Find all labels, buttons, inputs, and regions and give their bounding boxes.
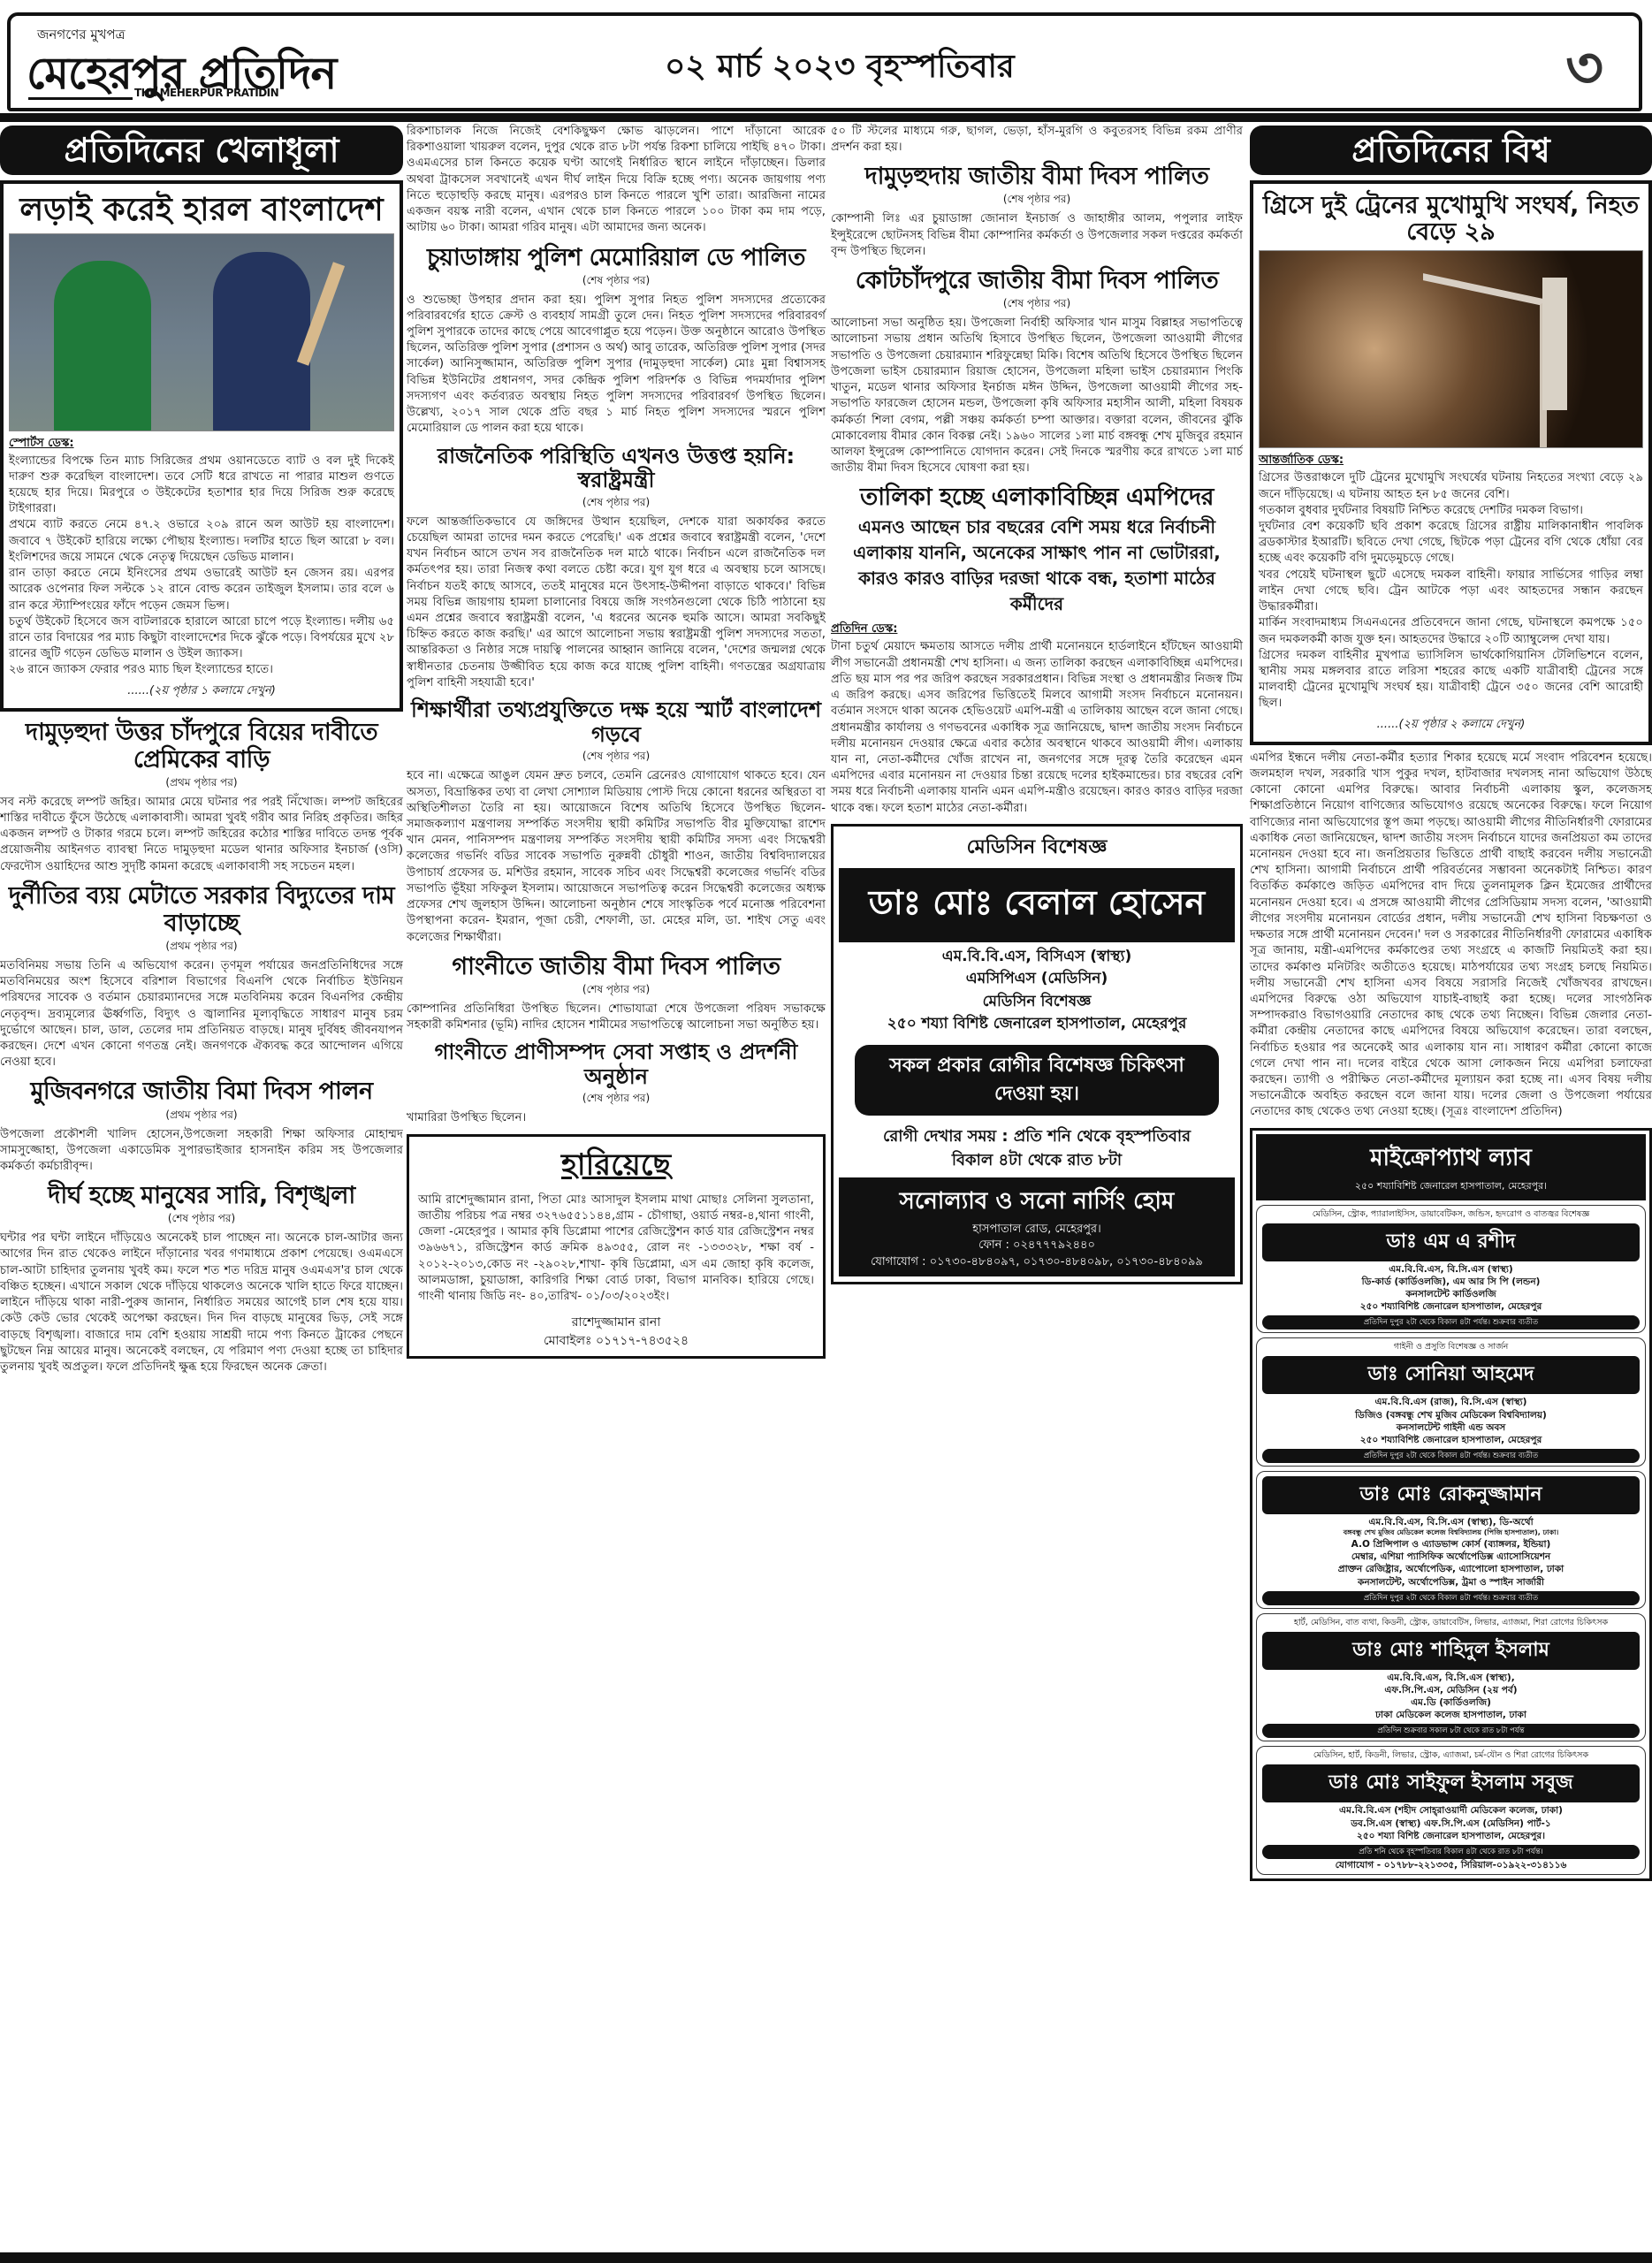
header-divider	[0, 113, 1652, 122]
ad-visiting-hours: রোগী দেখার সময় : প্রতি শনি থেকে বৃহস্পত…	[839, 1124, 1235, 1172]
qualification: ২৫০ শয্যাবিশিষ্ট জেনারেল হাসপাতাল, মেহের…	[1262, 1300, 1640, 1313]
ad-clinic-footer: সনোল্যাব ও সনো নার্সিং হোম হাসপাতাল রোড,…	[839, 1177, 1235, 1277]
paragraph: গ্রিসের দমকল বাহিনীর মুখপাত্র ভ্যাসিলিস …	[1259, 648, 1643, 712]
doctor-specialty: মেডিসিন, হার্ট, কিডনী, লিভার, স্ট্রোক, এ…	[1262, 1749, 1640, 1763]
doctor-advertisement: মেডিসিন বিশেষজ্ঞ ডাঃ মোঃ বেলাল হোসেন এম.…	[831, 824, 1243, 1284]
continued-from: (শেষ পৃষ্ঠার পর)	[407, 273, 826, 291]
headline: দীর্ঘ হচ্ছে মানুষের সারি, বিশৃঙ্খলা	[0, 1182, 403, 1209]
qualification: কনসালটেন্ট, অর্থোপেডিক্স, ট্রমা ও স্পাইন…	[1262, 1576, 1640, 1589]
visiting-hours: প্রতি শনি থেকে বৃহস্পতিবার বিকাল ৪টা থেক…	[1262, 1845, 1640, 1859]
article-body: হবে না। এক্ষেত্রে আঙুল যেমন দ্রুত চলবে, …	[407, 768, 826, 945]
signature-phone: মোবাইলঃ ০১৭১৭-৭৪৩৫২৪	[418, 1332, 814, 1351]
column-2: রিকশাচালক নিজে নিজেই বেশকিছুক্ষণ ক্ষোভ ঝ…	[407, 124, 826, 1359]
article: রাজনৈতিক পরিস্থিতি এখনও উত্তপ্ত হয়নি: স…	[407, 445, 826, 692]
headline-sports: লড়াই করেই হারল বাংলাদেশ	[9, 193, 394, 228]
lead-article-sports: লড়াই করেই হারল বাংলাদেশ স্পোর্টস ডেস্ক:…	[0, 180, 403, 712]
article-body: সব নস্ট করেছে লম্পট জহির। আমার মেয়ে ঘটন…	[0, 795, 403, 875]
ad-doctor-name: ডাঃ মোঃ বেলাল হোসেন	[839, 868, 1235, 942]
article: দামুড়হুদায় জাতীয় বীমা দিবস পালিত (শেষ…	[831, 163, 1243, 260]
headline: চুয়াডাঙ্গায় পুলিশ মেমোরিয়াল ডে পালিত	[407, 244, 826, 271]
ad-service-box: সকল প্রকার রোগীর বিশেষজ্ঞ চিকিৎসা দেওয়া…	[855, 1045, 1219, 1116]
visiting-hours: প্রতিদিন দুপুর ২টা থেকে বিকাল ৪টা পর্যন্…	[1262, 1449, 1640, 1463]
desk-label: স্পোর্টস ডেস্ক:	[9, 435, 394, 453]
article-body: খামারিরা উপস্থিত ছিলেন।	[407, 1110, 826, 1126]
article-body: ফলে আন্তর্জাতিকভাবে যে জঙ্গিদের উত্থান হ…	[407, 514, 826, 691]
lost-notice: হারিয়েছে আমি রাশেদুজ্জামান রানা, পিতা ম…	[407, 1134, 826, 1360]
visiting-hours: প্রতিদিন দুপুর ২টা থেকে বিকাল ৪টা পর্যন্…	[1262, 1591, 1640, 1605]
newspaper-logo-english: THE MEHERPUR PRATIDIN	[134, 87, 278, 99]
qualification: প্রাক্তন রেজিষ্ট্রার, অর্থোপেডিক, এ্যাপো…	[1262, 1563, 1640, 1575]
qualification: ২৫০ শয্যা বিশিষ্ট জেনারেল হাসপাতাল, মেহে…	[1262, 1830, 1640, 1842]
lab-address: ২৫০ শয্যাবিশিষ্ট জেনারেল হাসপাতাল, মেহের…	[1261, 1178, 1641, 1195]
qualification: এম.বি.বি.এস, বি.সি.এস (স্বাস্থ্য)	[1262, 1263, 1640, 1276]
qualification: এমসিপিএস (মেডিসিন)	[839, 968, 1235, 991]
doctor-name: ডাঃ সোনিয়া আহমেদ	[1262, 1356, 1640, 1394]
doctor-card: ডাঃ মোঃ রোকনুজ্জামান এম.বি.বি.এস, বি.সি.…	[1256, 1471, 1646, 1609]
qualification: ডব.সি.এস (স্বাস্থ্য) এফ.সি.পি.এস (মেডিসি…	[1262, 1817, 1640, 1830]
doctor-card: গাইনী ও প্রসুতি বিশেষজ্ঞ ও সার্জন ডাঃ সো…	[1256, 1337, 1646, 1467]
desk-label: আন্তর্জাতিক ডেস্ক:	[1259, 452, 1643, 470]
paragraph: গতকাল বুধবার দুর্ঘটনার বিষয়টি নিশ্চিত ক…	[1259, 503, 1643, 519]
cricket-photo	[9, 233, 394, 431]
issue-date: ০২ মার্চ ২০২৩ বৃহস্পতিবার	[665, 42, 1015, 95]
photo-player-bangladesh	[54, 261, 151, 431]
continued-link[interactable]: ......(২য় পৃষ্ঠার ১ কলামে দেখুন)	[9, 682, 394, 701]
article: দামুড়হুদা উত্তর চাঁদপুরে বিয়ের দাবীতে …	[0, 719, 403, 875]
photo-player-england	[213, 252, 310, 431]
continued-link[interactable]: ......(২য় পৃষ্ঠার ২ কলামে দেখুন)	[1259, 716, 1643, 735]
ad-qualifications: এম.বি.বি.এস, বিসিএস (স্বাস্থ্য) এমসিপিএস…	[839, 946, 1235, 1036]
lead-article-world: গ্রিসে দুই ট্রেনের মুখোমুখি সংঘর্ষ, নিহত…	[1250, 180, 1652, 745]
paragraph: দুর্ঘটনার বেশ কয়েকটি ছবি প্রকাশ করেছে গ…	[1259, 519, 1643, 568]
continued-from: (শেষ পৃষ্ঠার পর)	[0, 1211, 403, 1229]
article-body: ও শুভেচ্ছা উপহার প্রদান করা হয়। পুলিশ স…	[407, 293, 826, 438]
article-body: আলোচনা সভা অনুষ্ঠিত হয়। উপজেলা নির্বাহী…	[831, 316, 1243, 476]
paragraph: ইংল্যান্ডের বিপক্ষে তিন ম্যাচ সিরিজের প্…	[9, 453, 394, 518]
clinic-name: সনোল্যাব ও সনো নার্সিং হোম	[844, 1183, 1229, 1222]
article: দুর্নীতির ব্যয় মেটাতে সরকার বিদ্যুতের দ…	[0, 882, 403, 1071]
article: কোটচাঁদপুরে জাতীয় বীমা দিবস পালিত (শেষ …	[831, 267, 1243, 476]
train-crash-photo	[1259, 250, 1643, 448]
headline: দুর্নীতির ব্যয় মেটাতে সরকার বিদ্যুতের দ…	[0, 882, 403, 937]
continued-from: (শেষ পৃষ্ঠার পর)	[831, 192, 1243, 210]
headline-world: গ্রিসে দুই ট্রেনের মুখোমুখি সংঘর্ষ, নিহত…	[1259, 193, 1643, 245]
logo-rule	[28, 97, 133, 100]
footer-divider	[0, 2252, 1652, 2263]
continued-from: (শেষ পৃষ্ঠার পর)	[407, 1091, 826, 1109]
doctor-name: ডাঃ মোঃ সাইফুল ইসলাম সবুজ	[1262, 1764, 1640, 1802]
doctor-specialty: গাইনী ও প্রসুতি বিশেষজ্ঞ ও সার্জন	[1262, 1341, 1640, 1354]
article-body: কোম্পানির প্রতিনিধিরা উপস্থিত ছিলেন। শোভ…	[407, 1002, 826, 1033]
article: শিক্ষার্থীরা তথ্যপ্রযুক্তিতে দক্ষ হয়ে স…	[407, 698, 826, 946]
signature-name: রাশেদুজ্জামান রানা	[418, 1314, 814, 1332]
article: গাংনীতে জাতীয় বীমা দিবস পালিত (শেষ পৃষ্…	[407, 953, 826, 1033]
continued-from: (শেষ পৃষ্ঠার পর)	[407, 495, 826, 513]
qualification: এম.বি.বি.এস, বি.সি.এস (স্বাস্থ্য), ডি-অর…	[1262, 1516, 1640, 1528]
visiting-hours: প্রতিদিন দুপুর ২টা থেকে বিকাল ৪টা পর্যন্…	[1262, 1315, 1640, 1330]
qualification: ঢাকা মেডিকেল কলেজ হাসপাতাল, ঢাকা	[1262, 1709, 1640, 1721]
article: তালিকা হচ্ছে এলাকাবিচ্ছিন্ন এমপিদের এমনও…	[831, 484, 1243, 816]
headline: গাংনীতে জাতীয় বীমা দিবস পালিত	[407, 953, 826, 980]
column-4: প্রতিদিনের বিশ্ব গ্রিসে দুই ট্রেনের মুখো…	[1250, 124, 1652, 1881]
headline: দামুড়হুদা উত্তর চাঁদপুরে বিয়ের দাবীতে …	[0, 719, 403, 773]
doctor-name: ডাঃ মোঃ রোকনুজ্জামান	[1262, 1476, 1640, 1514]
qualification: মেম্বার, এশিয়া প্যাসিফিক অর্থোপেডিক্স এ…	[1262, 1551, 1640, 1563]
lab-advertisement: মাইক্রোপ্যাথ ল্যাব ২৫০ শয্যাবিশিষ্ট জেনা…	[1250, 1128, 1652, 1881]
doctor-card: মেডিসিন, হার্ট, কিডনী, লিভার, স্ট্রোক, এ…	[1256, 1746, 1646, 1875]
subheadline: এমনও আছেন চার বছরের বেশি সময় ধরে নির্বা…	[831, 514, 1243, 617]
doctor-card: মেডিসিন, স্ট্রোক, প্যারালাইসিস, ডায়াবেট…	[1256, 1205, 1646, 1334]
article: মুজিবনগরে জাতীয় বিমা দিবস পালন (প্রথম প…	[0, 1078, 403, 1175]
clinic-contact: যোগাযোগ : ০১৭৩০-৪৮৪০৯৭, ০১৭৩০-৪৮৪০৯৮, ০১…	[844, 1254, 1229, 1271]
article: দীর্ঘ হচ্ছে মানুষের সারি, বিশৃঙ্খলা (শেষ…	[0, 1182, 403, 1375]
article-body-continued: ৫০ টি স্টলের মাধ্যমে গরু, ছাগল, ভেড়া, হ…	[831, 124, 1243, 156]
article: চুয়াডাঙ্গায় পুলিশ মেমোরিয়াল ডে পালিত …	[407, 244, 826, 438]
qualification: এফ.সি.পি.এস, মেডিসিন (২য় পর্ব)	[1262, 1684, 1640, 1696]
photo-train-car	[1423, 273, 1547, 448]
qualification: ২৫০ শয্যাবিশিষ্ট জেনারেল হাসপাতাল, মেহের…	[1262, 1434, 1640, 1446]
continued-from: (শেষ পৃষ্ঠার পর)	[831, 296, 1243, 314]
qualification: বঙ্গবন্ধু শেখ মুজিব মেডিকেল কলেজ বিশ্ববি…	[1262, 1528, 1640, 1538]
paragraph: মার্কিন সংবাদমাধ্যম সিএনএনের প্রতিবেদনে …	[1259, 615, 1643, 647]
desk-label: প্রতিদিন ডেস্ক:	[831, 621, 1243, 639]
paragraph: চতুর্থ উইকেট হিসেবে জস বাটলারকে হারালে আ…	[9, 614, 394, 663]
page-number: ৩	[1565, 23, 1603, 120]
article-body: গ্রিসের উত্তরাঞ্চলে দুটি ট্রেনের মুখোমুখ…	[1259, 470, 1643, 712]
section-title-world: প্রতিদিনের বিশ্ব	[1250, 126, 1652, 175]
headline: রাজনৈতিক পরিস্থিতি এখনও উত্তপ্ত হয়নি: স…	[407, 445, 826, 493]
clinic-address: হাসপাতাল রোড, মেহেরপুর।	[844, 1222, 1229, 1238]
lab-name: মাইক্রোপ্যাথ ল্যাব	[1261, 1139, 1641, 1178]
paragraph: প্রথমে ব্যাট করতে নেমে ৪৭.২ ওভারে ২০৯ রা…	[9, 517, 394, 566]
photo-train-car	[1542, 278, 1567, 410]
newspaper-logo: মেহেরপুর প্রতিদিন	[27, 41, 336, 114]
qualification: এম.ডি (কার্ডিওলজি)	[1262, 1696, 1640, 1709]
headline: দামুড়হুদায় জাতীয় বীমা দিবস পালিত	[831, 163, 1243, 190]
clinic-phone: ফোন : ০২৪৭৭৭৯২৪৪০	[844, 1238, 1229, 1254]
continued-from: (প্রথম পৃষ্ঠার পর)	[0, 939, 403, 956]
continued-from: (শেষ পৃষ্ঠার পর)	[407, 749, 826, 766]
doctor-name: ডাঃ এম এ রশীদ	[1262, 1223, 1640, 1261]
article-body: কোম্পানী লিঃ এর চুয়াডাঙ্গা জোনাল ইনচার্…	[831, 211, 1243, 260]
paragraph: ২৬ রানে জ্যাকস ফেরার পরও ম্যাচ ছিল ইংল্য…	[9, 662, 394, 678]
continued-from: (প্রথম পৃষ্ঠার পর)	[0, 1108, 403, 1125]
visiting-time: বিকাল ৪টা থেকে রাত ৮টা	[839, 1148, 1235, 1172]
article-body: উপজেলা প্রকৌশলী খালিদ হোসেন,উপজেলা সহকার…	[0, 1127, 403, 1176]
paragraph: গ্রিসের উত্তরাঞ্চলে দুটি ট্রেনের মুখোমুখ…	[1259, 470, 1643, 502]
doctor-name: ডাঃ মোঃ শাহিদুল ইসলাম	[1262, 1632, 1640, 1670]
article-body: মতবিনিময় সভায় তিনি এ অভিযোগ করেন। তৃণম…	[0, 958, 403, 1071]
masthead: জনগণের মুখপত্র মেহেরপুর প্রতিদিন THE MEH…	[7, 12, 1642, 111]
paragraph: রান তাড়া করতে নেমে ইনিংসের প্রথম ওভারেই…	[9, 566, 394, 614]
headline: তালিকা হচ্ছে এলাকাবিচ্ছিন্ন এমপিদের	[831, 484, 1243, 511]
qualification: কনসালটেন্ট কার্ডিওলজি	[1262, 1288, 1640, 1300]
paragraph: খবর পেয়েই ঘটনাস্থল ছুটে এসেছে দমকল বাহি…	[1259, 568, 1643, 616]
article-body: ঘন্টার পর ঘন্টা লাইনে দাঁড়িয়েও অনেকেই …	[0, 1231, 403, 1375]
headline: গাংনীতে প্রাণীসম্পদ সেবা সপ্তাহ ও প্রদর্…	[407, 1040, 826, 1089]
ad-specialty: মেডিসিন বিশেষজ্ঞ	[839, 832, 1235, 865]
continued-from: (প্রথম পৃষ্ঠার পর)	[0, 775, 403, 793]
doctor-contact: যোগাযোগ - ০১৭৮৮-২২১৩৩৫, সিরিয়াল-০১৯২২-৩…	[1262, 1859, 1640, 1871]
doctor-specialty: হার্ট, মেডিসিন, বাত ব্যথা, কিডনী, স্ট্রো…	[1262, 1617, 1640, 1630]
article-body: টানা চতুর্থ মেয়াদে ক্ষমতায় আসতে দলীয় …	[831, 639, 1243, 816]
headline: মুজিবনগরে জাতীয় বিমা দিবস পালন	[0, 1078, 403, 1105]
lost-notice-title: হারিয়েছে	[418, 1142, 814, 1192]
qualification: এম.বি.বি.এস, বি.সি.এস (স্বাস্থ্য),	[1262, 1672, 1640, 1684]
section-title-sports: প্রতিদিনের খেলাধূলা	[0, 126, 403, 175]
visiting-days: রোগী দেখার সময় : প্রতি শনি থেকে বৃহস্পত…	[839, 1124, 1235, 1148]
qualification: ডিজিও (বঙ্গবন্ধু শেখ মুজিব মেডিকেল বিশ্ব…	[1262, 1409, 1640, 1421]
qualification: ডি-কার্ড (কার্ডিওলজি), এম আর সি পি (লন্ড…	[1262, 1276, 1640, 1288]
qualification: কনসালটেন্ট গাইনী এন্ড অবস	[1262, 1421, 1640, 1434]
lost-notice-body: আমি রাশেদুজ্জামান রানা, পিতা মোঃ আসাদুল …	[418, 1192, 814, 1306]
article-body-continued: এমপির ইন্ধনে দলীয় নেতা-কর্মীর হত্যার শি…	[1250, 751, 1652, 1121]
lab-header: মাইক্রোপ্যাথ ল্যাব ২৫০ শয্যাবিশিষ্ট জেনা…	[1256, 1134, 1646, 1200]
doctor-specialty: মেডিসিন, স্ট্রোক, প্যারালাইসিস, ডায়াবেট…	[1262, 1208, 1640, 1222]
qualification: এম.বি.বি.এস (শহীদ সোহ্‌রাওয়ার্দী মেডিকে…	[1262, 1804, 1640, 1817]
headline: শিক্ষার্থীরা তথ্যপ্রযুক্তিতে দক্ষ হয়ে স…	[407, 698, 826, 747]
article-body-continued: রিকশাচালক নিজে নিজেই বেশকিছুক্ষণ ক্ষোভ ঝ…	[407, 124, 826, 237]
article-body: ইংল্যান্ডের বিপক্ষে তিন ম্যাচ সিরিজের প্…	[9, 453, 394, 679]
headline: কোটচাঁদপুরে জাতীয় বীমা দিবস পালিত	[831, 267, 1243, 294]
qualification: ২৫০ শয্যা বিশিষ্ট জেনারেল হাসপাতাল, মেহে…	[839, 1013, 1235, 1036]
column-3: ৫০ টি স্টলের মাধ্যমে গরু, ছাগল, ভেড়া, হ…	[831, 124, 1243, 1284]
visiting-hours: প্রতিদিন শুক্রবার সকাল ৮টা থেকে রাত ৮টা …	[1262, 1724, 1640, 1738]
column-1: প্রতিদিনের খেলাধূলা লড়াই করেই হারল বাংল…	[0, 124, 403, 1375]
qualification: A.O প্রিন্সিপাল ও এ্যাডভান্স কোর্স (ব্যা…	[1262, 1538, 1640, 1551]
qualification: এম.বি.বি.এস (রাজ), বি.সি.এস (স্বাস্থ্য)	[1262, 1396, 1640, 1408]
qualification: মেডিসিন বিশেষজ্ঞ	[839, 991, 1235, 1014]
continued-from: (শেষ পৃষ্ঠার পর)	[407, 982, 826, 1000]
qualification: এম.বি.বি.এস, বিসিএস (স্বাস্থ্য)	[839, 946, 1235, 969]
article: গাংনীতে প্রাণীসম্পদ সেবা সপ্তাহ ও প্রদর্…	[407, 1040, 826, 1126]
doctor-card: হার্ট, মেডিসিন, বাত ব্যথা, কিডনী, স্ট্রো…	[1256, 1613, 1646, 1742]
lost-notice-signature: রাশেদুজ্জামান রানা মোবাইলঃ ০১৭১৭-৭৪৩৫২৪	[418, 1314, 814, 1351]
